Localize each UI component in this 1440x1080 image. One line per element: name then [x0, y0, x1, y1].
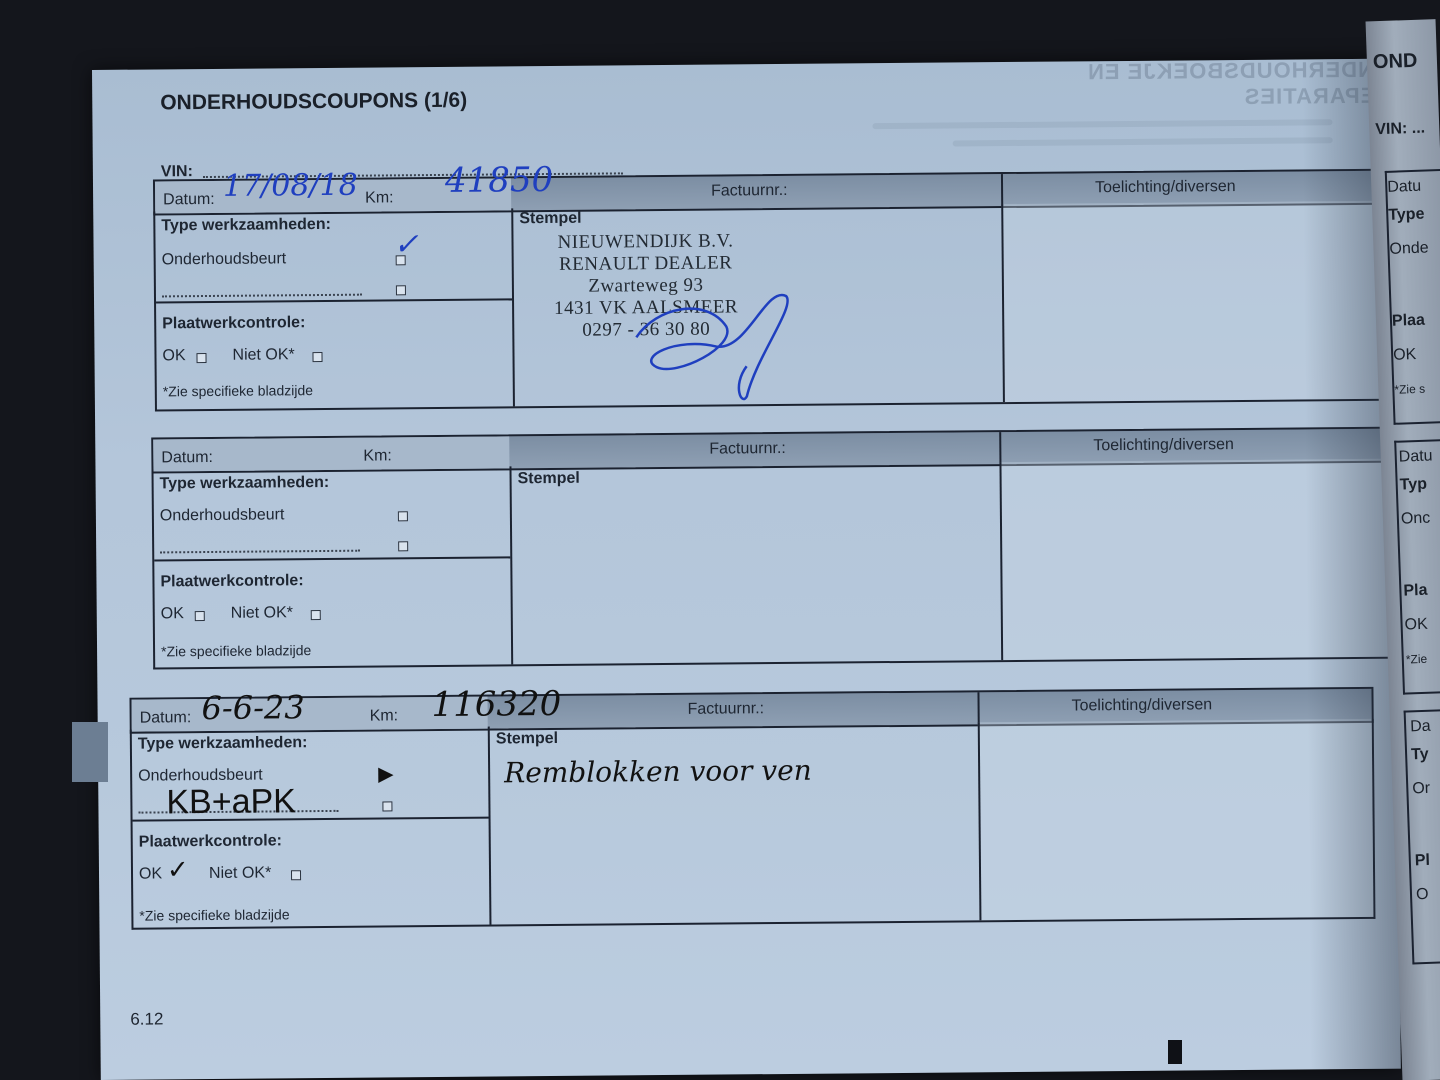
onderhoudsbeurt-label: Onderhoudsbeurt: [162, 250, 287, 269]
next-page-fragment: Datu: [1387, 178, 1421, 197]
toelichting-label: Toelichting/diversen: [1072, 696, 1213, 715]
mirrored-background-title: ONDERHOUDSBOEKJE EN REPARATIES: [952, 57, 1392, 113]
page-number: 6.12: [130, 1009, 163, 1029]
factuurnr-label: Factuurnr.:: [688, 700, 765, 719]
next-page-fragment: Onde: [1389, 239, 1429, 258]
datum-label: Datum:: [161, 449, 213, 467]
niet-ok-checkbox[interactable]: [311, 610, 321, 620]
onderhoudsbeurt-label: Onderhoudsbeurt: [160, 506, 285, 525]
section-tab-marker: [72, 722, 108, 782]
factuurnr-label: Factuurnr.:: [709, 440, 786, 459]
next-page-fragment: *Zie s: [1394, 382, 1425, 397]
filled-checkbox-icon[interactable]: ▶: [378, 761, 394, 785]
signature-icon: [616, 276, 817, 408]
ok-checkbox[interactable]: [196, 353, 206, 363]
next-page-fragment: Da: [1410, 718, 1431, 737]
ok-label: OK: [162, 347, 185, 365]
km-label: Km:: [363, 447, 392, 465]
ok-checkbox[interactable]: [195, 611, 205, 621]
stempel-label: Stempel: [518, 470, 580, 489]
next-page-fragment: Ty: [1411, 746, 1429, 765]
plaatwerkcontrole-label: Plaatwerkcontrole:: [162, 314, 305, 333]
coupon-1: Datum: Km: Factuurnr.: Toelichting/diver…: [153, 169, 1395, 410]
toelichting-field[interactable]: [978, 719, 1374, 920]
next-page-fragment: OK: [1393, 346, 1417, 365]
next-page-fragment: Pla: [1403, 582, 1428, 601]
extra-work-checkbox[interactable]: [382, 801, 392, 811]
niet-ok-label: Niet OK*: [209, 864, 271, 883]
km-value[interactable]: 116320: [431, 684, 561, 725]
extra-work-value[interactable]: KB+aPK: [166, 782, 296, 822]
next-page-fragment: *Zie: [1406, 652, 1428, 667]
next-page-fragment: Plaa: [1392, 312, 1426, 331]
checkmark-icon: ✓: [393, 227, 418, 262]
footnote: *Zie specifieke bladzijde: [161, 642, 311, 659]
next-page-fragment: OK: [1404, 616, 1428, 635]
stempel-note[interactable]: Remblokken voor ven: [504, 754, 812, 790]
stempel-label: Stempel: [496, 730, 558, 749]
next-page-fragment: Pl: [1415, 852, 1431, 871]
plaatwerkcontrole-label: Plaatwerkcontrole:: [139, 832, 282, 851]
niet-ok-checkbox[interactable]: [312, 352, 322, 362]
bleed-through-text: [872, 119, 1332, 129]
toelichting-label: Toelichting/diversen: [1095, 178, 1236, 197]
datum-value[interactable]: 6-6-23: [201, 688, 304, 727]
toelichting-field[interactable]: [999, 459, 1395, 660]
toelichting-field[interactable]: [1001, 201, 1397, 402]
next-page-fragment: Typ: [1399, 476, 1427, 495]
type-werkzaamheden-label: Type werkzaamheden:: [138, 734, 308, 753]
page-title: ONDERHOUDSCOUPONS (1/6): [160, 89, 467, 116]
factuurnr-label: Factuurnr.:: [711, 182, 788, 201]
next-page-fragment: Datu: [1398, 447, 1432, 466]
stamp-line: NIEUWENDIJK B.V.: [525, 230, 765, 254]
stempel-label: Stempel: [519, 210, 581, 229]
stamp-line: RENAULT DEALER: [526, 252, 766, 276]
extra-work-field[interactable]: [160, 550, 360, 554]
type-werkzaamheden-label: Type werkzaamheden:: [160, 474, 330, 493]
footnote: *Zie specifieke bladzijde: [163, 382, 313, 399]
ok-label: OK: [161, 605, 184, 623]
km-label: Km:: [370, 707, 399, 725]
coupon-3: Datum: Km: Factuurnr.: Toelichting/diver…: [129, 687, 1371, 928]
type-werkzaamheden-label: Type werkzaamheden:: [161, 216, 331, 235]
datum-value[interactable]: 17/08/18: [223, 168, 358, 204]
coupon-2: Datum: Km: Factuurnr.: Toelichting/diver…: [151, 427, 1393, 668]
maintenance-booklet-page: ONDERHOUDSBOEKJE EN REPARATIES ONDERHOUD…: [92, 59, 1401, 1080]
footnote: *Zie specifieke bladzijde: [139, 906, 289, 923]
extra-work-checkbox[interactable]: [398, 541, 408, 551]
toelichting-label: Toelichting/diversen: [1093, 436, 1234, 455]
next-page-fragment: Type: [1388, 206, 1425, 225]
km-value[interactable]: 41850: [445, 160, 554, 201]
niet-ok-label: Niet OK*: [232, 346, 294, 365]
niet-ok-checkbox[interactable]: [291, 870, 301, 880]
datum-label: Datum:: [163, 191, 215, 209]
onderhoudsbeurt-checkbox[interactable]: [398, 511, 408, 521]
niet-ok-label: Niet OK*: [231, 604, 293, 623]
extra-work-checkbox[interactable]: [396, 285, 406, 295]
next-page-fragment: O: [1416, 886, 1429, 904]
next-page-fragment: Onc: [1401, 510, 1431, 529]
ok-label: OK: [139, 865, 162, 883]
ok-checkmark-icon[interactable]: ✓: [167, 855, 189, 885]
page-edge-marker: [1168, 1040, 1182, 1064]
plaatwerkcontrole-label: Plaatwerkcontrole:: [160, 572, 303, 591]
datum-label: Datum:: [140, 709, 192, 727]
bleed-through-text: [953, 137, 1333, 146]
extra-work-field[interactable]: [162, 294, 362, 298]
next-page-fragment: Or: [1412, 780, 1430, 799]
next-page-fragment: VIN: ...: [1375, 120, 1425, 140]
next-page-fragment: OND: [1373, 50, 1418, 75]
km-label: Km:: [365, 189, 394, 207]
